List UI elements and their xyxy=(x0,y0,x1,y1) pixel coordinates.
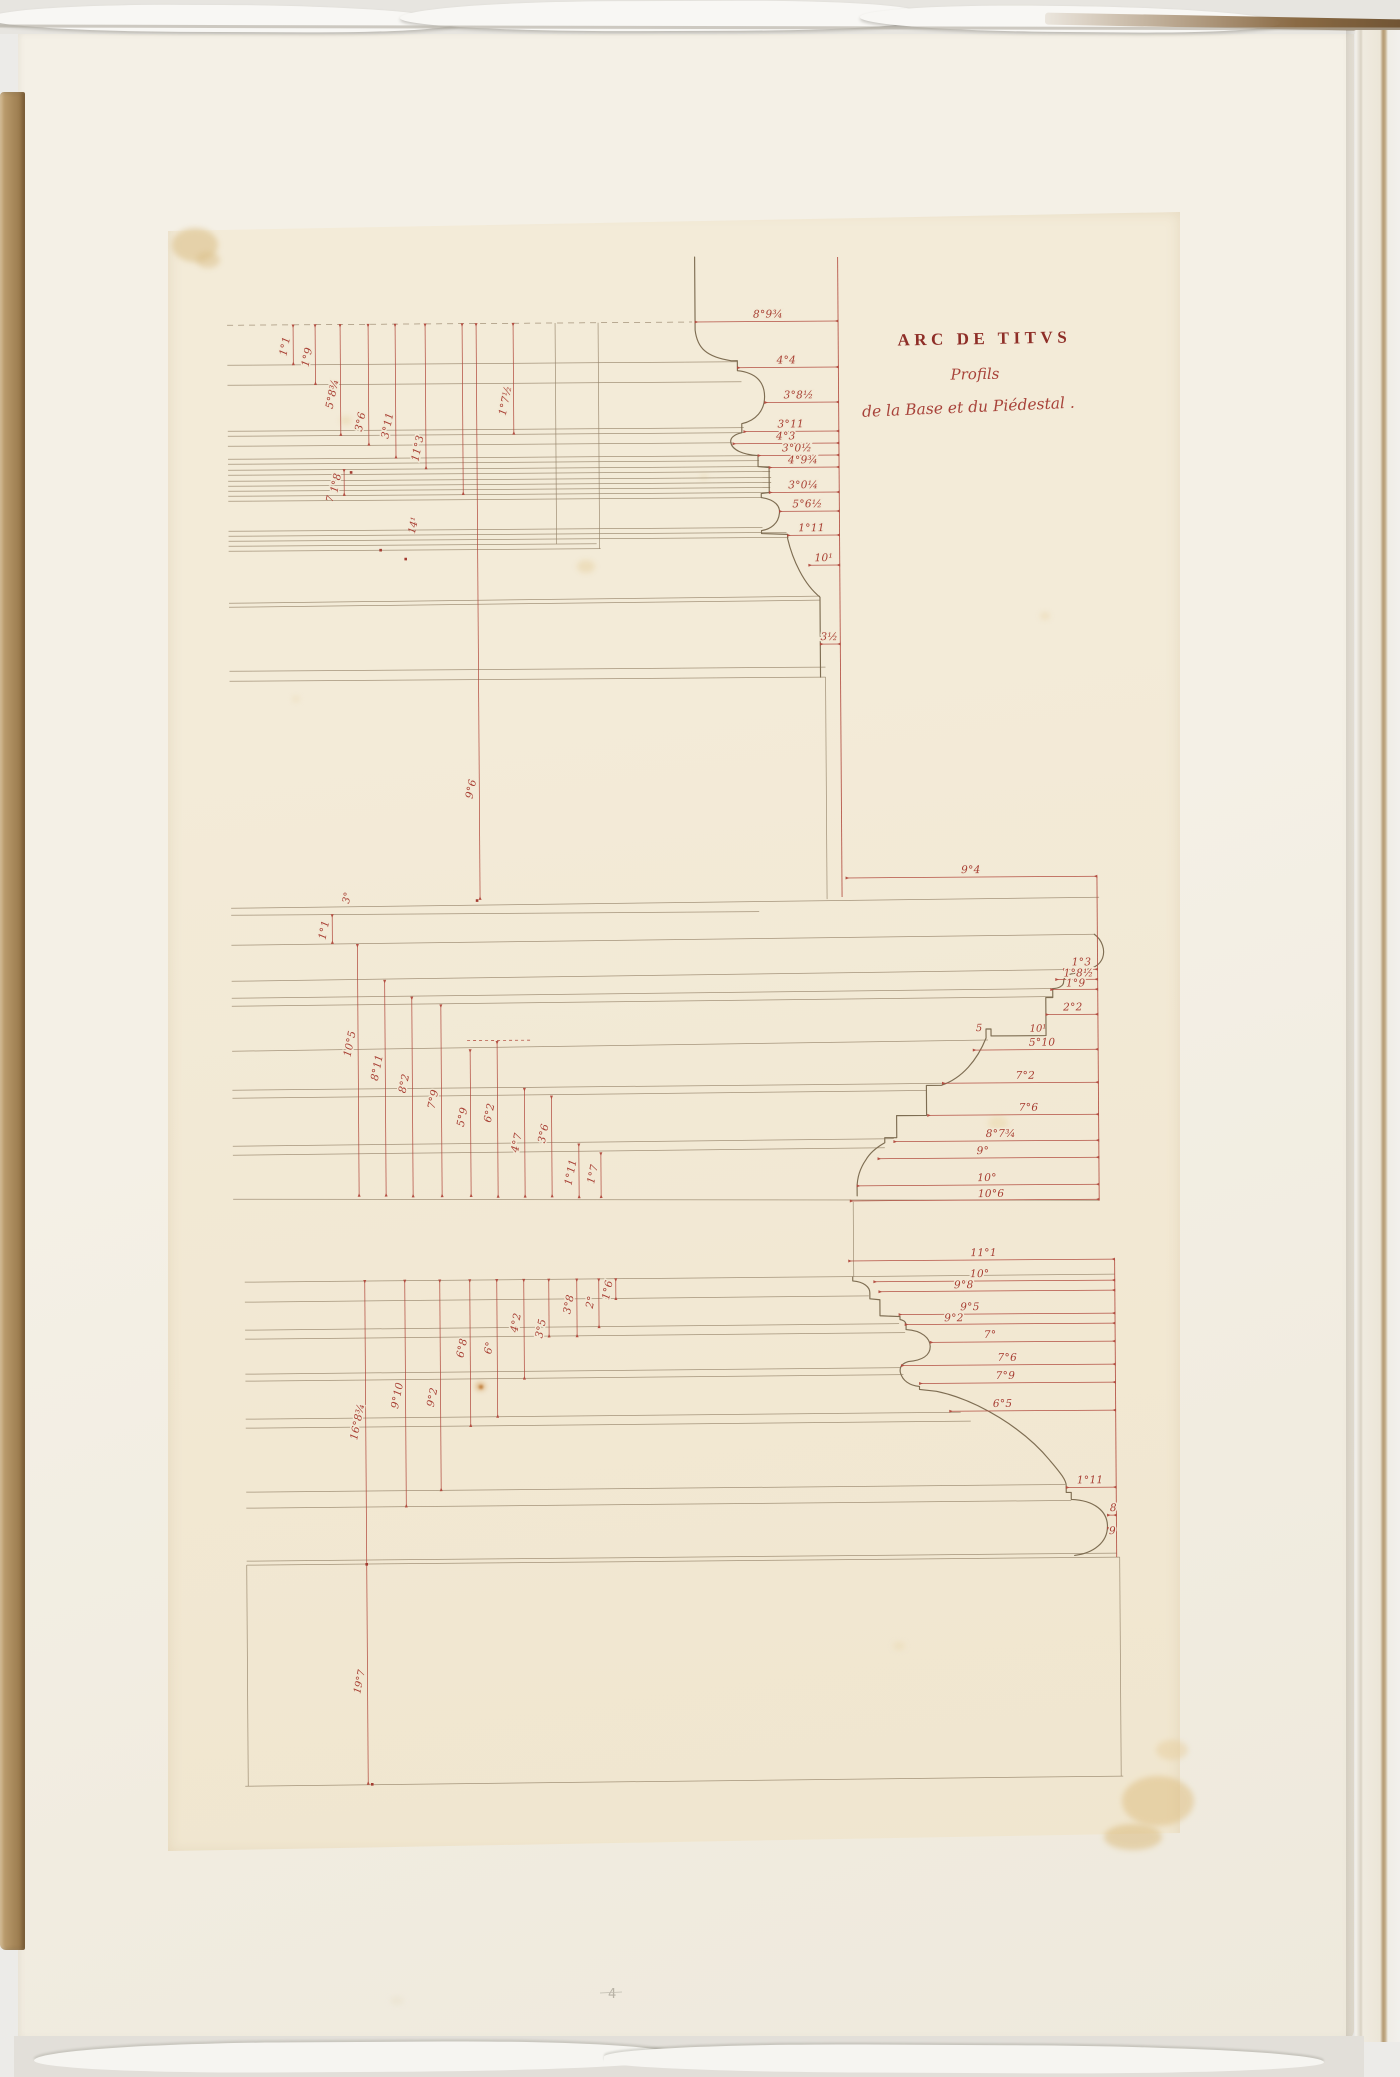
projection-line xyxy=(227,382,741,386)
projection-line xyxy=(229,528,763,532)
projection-line xyxy=(245,1368,900,1375)
reference-dot xyxy=(365,1563,368,1566)
axis-dashed-line xyxy=(227,322,692,325)
dimension-label: 10°6 xyxy=(978,1188,1005,1200)
dimension-line xyxy=(551,1096,552,1197)
dimension-line xyxy=(412,997,413,1197)
dimension-label: 7°9 xyxy=(996,1370,1016,1382)
dimension-label: 10° xyxy=(977,1172,997,1184)
dimension-label: 1°11 xyxy=(1077,1474,1104,1486)
projection-line xyxy=(232,989,1053,999)
projection-line xyxy=(245,1296,869,1302)
dimension-line xyxy=(440,1280,441,1491)
construction-line xyxy=(598,323,600,549)
reference-dot xyxy=(371,1783,374,1786)
projection-line xyxy=(233,1193,1099,1206)
dimension-label: 4°3 xyxy=(775,430,796,442)
projection-line xyxy=(228,493,769,497)
projection-line xyxy=(229,549,601,552)
projection-line xyxy=(228,467,769,471)
projection-line xyxy=(247,1557,1120,1565)
dimension-line xyxy=(357,944,359,1196)
dimension-line xyxy=(737,367,838,368)
projection-line xyxy=(229,667,825,671)
dimension-label: 1°7 xyxy=(585,1163,601,1185)
bottom-profile-drawing: 11°110°9°89°59°27°7°67°96°51°118916°8¾9°… xyxy=(241,1200,1123,1786)
dimension-label: 3°6 xyxy=(353,411,369,433)
dimension-line xyxy=(425,324,426,469)
dimension-line xyxy=(695,321,838,322)
dimension-line xyxy=(950,1410,1116,1411)
dimension-line xyxy=(470,1280,471,1427)
projection-line xyxy=(233,1139,894,1147)
dimension-line xyxy=(365,1280,369,1784)
dimension-label: 3°11 xyxy=(777,418,804,430)
projection-line xyxy=(228,461,759,465)
reference-dot xyxy=(476,899,479,902)
dimension-label: 8°7¾ xyxy=(986,1128,1016,1140)
dimension-label: 9°4 xyxy=(961,864,981,876)
dimension-line xyxy=(846,876,1097,878)
reference-line xyxy=(838,257,842,897)
dimension-label: 9°8 xyxy=(954,1279,974,1291)
reference-line xyxy=(1097,876,1099,1200)
projection-line xyxy=(228,498,762,502)
dimension-label: 1°1 xyxy=(317,919,333,941)
dimension-label: 7°2 xyxy=(1016,1070,1036,1082)
dimension-label: 1°1 xyxy=(277,335,293,357)
dimension-label: 7°6 xyxy=(1019,1102,1039,1114)
projection-line xyxy=(245,1776,1123,1786)
dimension-line xyxy=(894,1140,1099,1141)
dimension-label: 6°8 xyxy=(454,1337,470,1359)
scanned-plate: 8°9¾4°43°8½3°114°33°0½4°9¾3°0¼5°6½1°1110… xyxy=(0,0,1400,2077)
dimension-label: 8°9¾ xyxy=(753,308,783,320)
dimension-label: 3°0½ xyxy=(782,442,812,454)
projection-line xyxy=(228,443,732,447)
dimension-line xyxy=(497,1041,498,1197)
dimension-label: 9°10 xyxy=(389,1381,406,1409)
projection-line xyxy=(228,456,758,460)
drawing-overlay: 8°9¾4°43°8½3°114°33°0½4°9¾3°0¼5°6½1°1110… xyxy=(0,0,1400,2077)
annotation-label: 5 xyxy=(976,1023,982,1034)
dimension-label: 9°6 xyxy=(464,778,480,800)
dimension-line xyxy=(857,1184,1099,1186)
dimension-line xyxy=(395,324,396,458)
dimension-label: 1°9 xyxy=(1066,977,1086,989)
projection-line xyxy=(228,482,771,486)
annotation-label: 19°7 xyxy=(352,1668,368,1694)
dimension-line xyxy=(899,1313,1115,1315)
plate-subtitle-2: de la Base et du Piédestal . xyxy=(862,394,1075,421)
construction-line xyxy=(826,677,828,899)
reference-dot xyxy=(404,558,407,561)
projection-line xyxy=(245,1375,903,1382)
projection-line xyxy=(229,537,789,541)
dimension-label: 1°11 xyxy=(798,522,825,534)
dimension-label: 8°11 xyxy=(369,1053,386,1081)
dimension-label: 4°2 xyxy=(508,1312,524,1335)
dimension-label: 1°7½ xyxy=(497,385,515,417)
dimension-label: 8 xyxy=(1110,1502,1117,1514)
dimension-line xyxy=(513,323,514,434)
dimension-label: 6°2 xyxy=(482,1102,498,1124)
projection-line xyxy=(246,1500,1071,1508)
dimension-label: 8°2 xyxy=(397,1073,413,1095)
dimension-line xyxy=(928,1114,1099,1115)
dimension-line xyxy=(930,1341,1115,1342)
construction-line xyxy=(1120,1557,1122,1776)
page-number-text: 4 xyxy=(608,1987,616,2002)
dimension-label: 10¹ xyxy=(814,552,833,564)
dimension-line xyxy=(765,402,839,403)
reference-dot xyxy=(350,471,353,474)
projection-line xyxy=(247,1553,1117,1561)
dimension-label: 4°7 xyxy=(509,1132,525,1155)
dimension-label: 9°2 xyxy=(425,1386,441,1408)
projection-line xyxy=(231,934,1094,945)
annotation-label: 10¹ xyxy=(1030,1024,1047,1035)
dimension-line xyxy=(919,1382,1115,1383)
dimension-label: 4°9¾ xyxy=(787,454,818,466)
annotation-label: 14¹ xyxy=(407,516,421,535)
dimension-label: 5°10 xyxy=(1029,1037,1056,1049)
projection-line xyxy=(231,897,1099,908)
dimension-line xyxy=(476,324,480,900)
projection-line xyxy=(231,912,759,916)
dimension-line xyxy=(385,980,387,1196)
dimension-line xyxy=(973,1049,1098,1050)
dimension-label: 6° xyxy=(482,1341,496,1356)
dimension-line xyxy=(340,324,341,435)
construction-line xyxy=(853,1202,854,1277)
projection-line xyxy=(232,997,1053,1007)
construction-line xyxy=(555,323,557,544)
dimension-label: 3°6 xyxy=(536,1123,552,1145)
middle-profile-drawing: 9°41°31°8½1°92°25°107°27°68°7¾9°10°10°61… xyxy=(231,863,1105,1206)
dimension-label: 16°8¾ xyxy=(348,1402,367,1441)
construction-line xyxy=(247,1565,249,1786)
dimension-line xyxy=(368,324,369,445)
projection-line xyxy=(232,1090,926,1098)
dimension-line xyxy=(905,1323,1115,1324)
dimension-line xyxy=(524,1279,525,1379)
dimension-label: 9° xyxy=(977,1145,990,1157)
dimension-label: 5°9 xyxy=(455,1106,471,1128)
dimension-label: 1°11 xyxy=(563,1158,580,1186)
projection-line xyxy=(228,428,744,432)
dimension-line xyxy=(441,1005,442,1197)
projection-line xyxy=(228,487,770,491)
dimension-line xyxy=(405,1280,407,1507)
dimension-label: 6°5 xyxy=(993,1398,1013,1410)
annotation-label: 3° xyxy=(341,891,354,904)
moulding-profile-outline xyxy=(853,1275,1108,1557)
dimension-label: 9 xyxy=(1109,1525,1116,1537)
dimension-line xyxy=(849,1259,1115,1261)
dimension-label: 3°0¼ xyxy=(788,479,818,491)
dimension-label: 7°6 xyxy=(997,1352,1017,1364)
dimension-label: 5°8¾ xyxy=(324,378,342,410)
dimension-label: 7°9 xyxy=(426,1088,442,1110)
top-profile-drawing: 8°9¾4°43°8½3°114°33°0½4°9¾3°0¼5°6½1°1110… xyxy=(227,256,842,903)
reference-dot xyxy=(379,549,382,552)
dimension-label: 7° xyxy=(984,1329,997,1341)
projection-line xyxy=(233,1148,885,1156)
projection-line xyxy=(245,1324,899,1331)
dimension-line xyxy=(874,1280,1115,1282)
dimension-label: 4°4 xyxy=(776,354,797,366)
projection-line xyxy=(229,532,787,536)
projection-line xyxy=(230,677,826,681)
dimension-label: 9°2 xyxy=(944,1312,964,1324)
dimension-label: 1°6 xyxy=(600,1279,616,1301)
projection-line xyxy=(232,969,1090,981)
dimension-label: 2°2 xyxy=(1062,1001,1083,1013)
dimension-line xyxy=(942,1082,1098,1083)
dimension-label: 3°8 xyxy=(561,1294,577,1316)
dimension-label: 2° xyxy=(584,1295,598,1311)
dimension-line xyxy=(497,1279,498,1417)
projection-line xyxy=(229,600,820,607)
dimension-line xyxy=(901,1364,1115,1365)
dimension-label: 11°1 xyxy=(970,1247,997,1259)
plate-subtitle: Profils xyxy=(949,365,999,384)
projection-line xyxy=(228,471,770,475)
plate-title: ARC DE TITVS xyxy=(897,327,1071,349)
dimension-label: 10°5 xyxy=(342,1030,359,1058)
dimension-label: 5°6½ xyxy=(792,498,822,510)
projection-line xyxy=(246,1484,1065,1492)
dimension-line xyxy=(524,1088,525,1197)
dimension-line xyxy=(879,1290,1115,1292)
projection-line xyxy=(229,596,820,603)
projection-line xyxy=(229,544,597,547)
dimension-line xyxy=(878,1157,1099,1159)
projection-line xyxy=(232,1083,942,1090)
page-number: 4 xyxy=(600,1987,622,2002)
dimension-label: 3°8½ xyxy=(784,389,814,401)
projection-line xyxy=(228,433,744,437)
dimension-label: 3½ xyxy=(820,631,838,643)
projection-line xyxy=(245,1333,905,1340)
dimension-line xyxy=(470,1050,471,1197)
title-block: ARC DE TITVS Profils de la Base et du Pi… xyxy=(860,327,1075,420)
pencil-stroke xyxy=(600,1992,622,1993)
projection-line xyxy=(228,477,771,481)
